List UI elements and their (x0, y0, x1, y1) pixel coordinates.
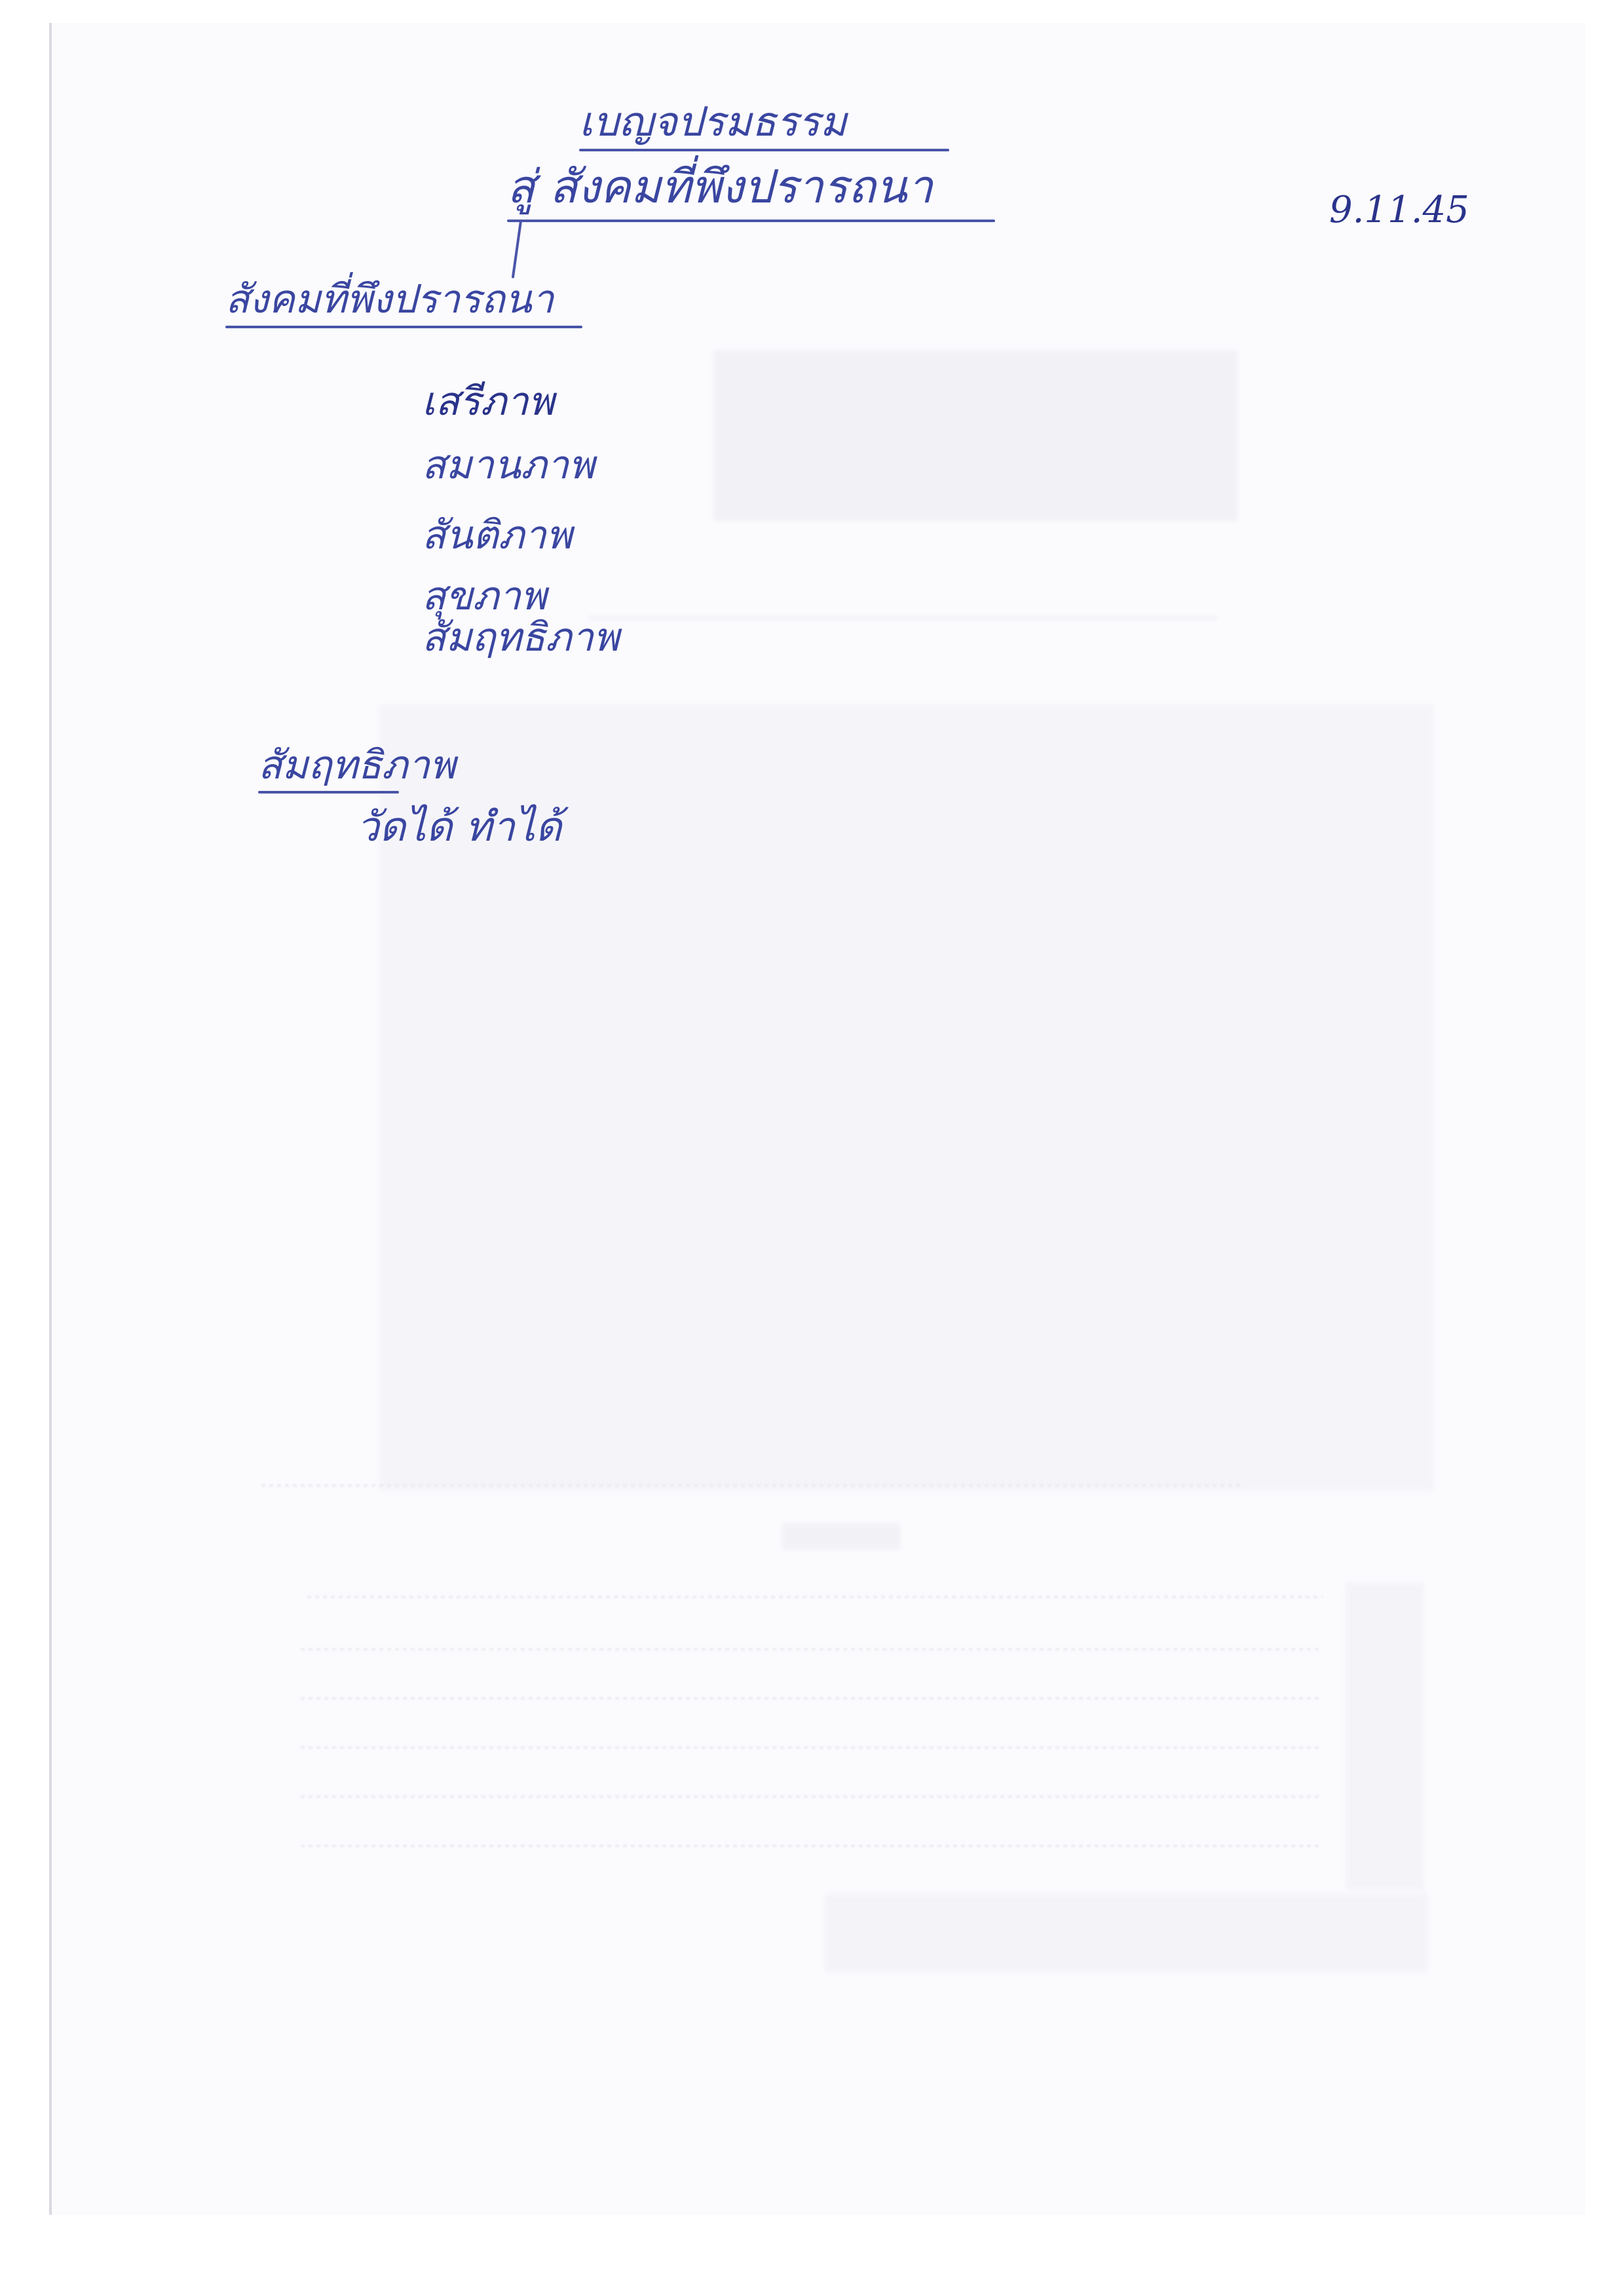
section-2-note: วัดได้ ทำได้ (356, 807, 561, 847)
show-through-rule (589, 616, 1218, 620)
show-through-dotted-line (301, 1697, 1323, 1700)
show-through-footer (825, 1894, 1427, 1972)
title-line-1: เบญจปรมธรรม (579, 102, 847, 142)
show-through-dotted-line (301, 1795, 1323, 1798)
title-descender-stroke (512, 220, 522, 278)
section-2-heading: สัมฤทธิภาพ (258, 746, 455, 785)
title-line-2: สู่ สังคมที่พึงปรารถนา (507, 164, 933, 210)
section-1-heading: สังคมที่พึงปรารถนา (225, 280, 554, 319)
show-through-dotted-line (307, 1596, 1323, 1598)
list-item: เสรีภาพ (422, 382, 554, 421)
list-item: สุขภาพ (422, 577, 546, 616)
show-through-dotted-line (301, 1648, 1323, 1651)
date-note: 9.11.45 (1329, 192, 1469, 229)
list-item: สัมฤทธิภาพ (422, 618, 619, 657)
show-through-dotted-line (301, 1845, 1323, 1847)
list-item: สมานภาพ (422, 446, 595, 485)
list-item: สันติภาพ (422, 516, 572, 555)
show-through-form-label (782, 1523, 900, 1550)
section-1-heading-underline (225, 326, 582, 328)
show-through-dotted-line (301, 1746, 1323, 1749)
show-through-dotted-line (261, 1484, 1244, 1487)
title-line-1-underline (579, 149, 949, 151)
title-line-2-underline (507, 220, 995, 222)
show-through-header-block (713, 351, 1237, 521)
show-through-form-labels (1346, 1582, 1424, 1890)
section-2-heading-underline (258, 791, 399, 794)
scanned-page: เบญจปรมธรรม สู่ สังคมที่พึงปรารถนา 9.11.… (49, 23, 1585, 2215)
